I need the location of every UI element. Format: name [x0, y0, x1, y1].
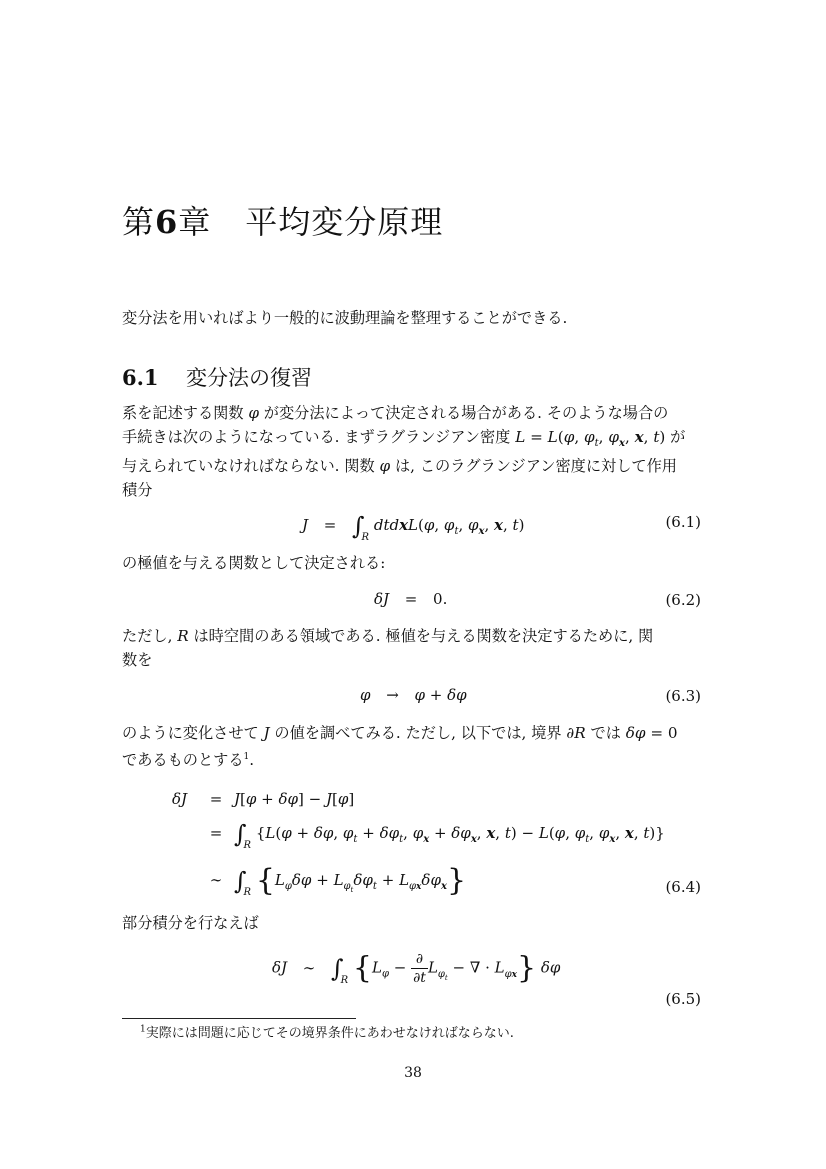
phi-symbol: φ: [248, 404, 259, 422]
equation-6-4: δJ=J[φ + δφ] − J[φ] =∫R {L(φ + δφ, φt + …: [172, 782, 665, 910]
intro-text: 変分法を用いればより一般的に波動理論を整理することができる.: [122, 307, 704, 331]
p1-line-3: 与えられていなければならない. 関数 φ は, このラグランジアン密度に対して作…: [122, 455, 704, 479]
intro-paragraph: 変分法を用いればより一般的に波動理論を整理することができる.: [122, 307, 704, 331]
paragraph-3: のように変化させて J の値を調べてみる. ただし, 以下では, 境界 ∂R で…: [122, 722, 704, 772]
partial-fraction: ∂∂t: [411, 950, 428, 987]
page-number: 38: [0, 1065, 826, 1081]
p1-line-1: 系を記述する関数 φ が変分法によって決定される場合がある. そのような場合の: [122, 402, 704, 426]
eq2-rel: =: [389, 590, 433, 608]
text-before-eq5: 部分積分を行なえば: [122, 912, 704, 936]
section-number: 6.1: [122, 365, 186, 390]
equation-6-5: δJ∼∫R {Lφ − ∂∂tLφt − ∇ · Lφx} δφ: [272, 950, 560, 987]
paragraph-1: 系を記述する関数 φ が変分法によって決定される場合がある. そのような場合の …: [122, 402, 704, 502]
eq4-row-1: δJ=J[φ + δφ] − J[φ]: [172, 782, 665, 816]
equation-number-6-5: (6.5): [665, 990, 701, 1008]
chapter-suffix: 章: [178, 203, 211, 241]
p2-line-1: ただし, R は時空間のある領域である. 極値を与える関数を決定するために, 関: [122, 625, 704, 649]
eq2-lhs: δJ: [374, 590, 389, 608]
equation-number-6-2: (6.2): [665, 591, 701, 609]
eq5-rel: ∼: [287, 959, 331, 977]
footnote-text: 実際には問題に応じてその境界条件にあわせなければならない.: [146, 1026, 514, 1041]
equation-6-2: δJ=0.: [374, 590, 447, 608]
chapter-number: 6: [155, 203, 178, 241]
equation-number-6-4: (6.4): [665, 878, 701, 896]
section-name: 変分法の復習: [186, 366, 312, 390]
eq1-rel: =: [308, 516, 352, 534]
chapter-prefix: 第: [122, 203, 155, 241]
equation-6-1: J=∫R dtdxL(φ, φt, φx, x, t): [302, 512, 524, 543]
eq4-row-3: ∼∫R {Lφδφ + Lφtδφt + Lφxδφx}: [172, 863, 665, 910]
footnote: 1実際には問題に応じてその境界条件にあわせなければならない.: [140, 1022, 514, 1041]
chapter-title: 第6章平均変分原理: [122, 197, 443, 243]
p3-line-2: であるものとする1.: [122, 746, 704, 773]
eq3-lhs: φ: [360, 686, 371, 704]
arrow-icon: →: [371, 686, 415, 704]
p2-line-2: 数を: [122, 649, 704, 673]
equation-6-3: φ→φ + δφ: [360, 686, 467, 704]
section-title: 6.1変分法の復習: [122, 362, 312, 392]
equation-number-6-3: (6.3): [665, 687, 701, 705]
p1-line-2: 手続きは次のようになっている. まずラグランジアン密度 L = L(φ, φt,…: [122, 426, 704, 456]
eq5-lhs: δJ: [272, 959, 287, 977]
p3-line-1: のように変化させて J の値を調べてみる. ただし, 以下では, 境界 ∂R で…: [122, 722, 704, 746]
equation-number-6-1: (6.1): [665, 513, 701, 531]
eq2-rhs: 0.: [433, 590, 447, 608]
footnote-ref[interactable]: 1: [244, 752, 250, 762]
paragraph-2: ただし, R は時空間のある領域である. 極値を与える関数を決定するために, 関…: [122, 625, 704, 672]
p1-line-4: 積分: [122, 479, 704, 503]
footnote-rule: [122, 1018, 356, 1019]
chapter-name: 平均変分原理: [245, 203, 443, 241]
eq4-row-2: =∫R {L(φ + δφ, φt + δφt, φx + δφx, x, t)…: [172, 816, 665, 863]
text-after-eq1: の極値を与える関数として決定される:: [122, 552, 704, 576]
